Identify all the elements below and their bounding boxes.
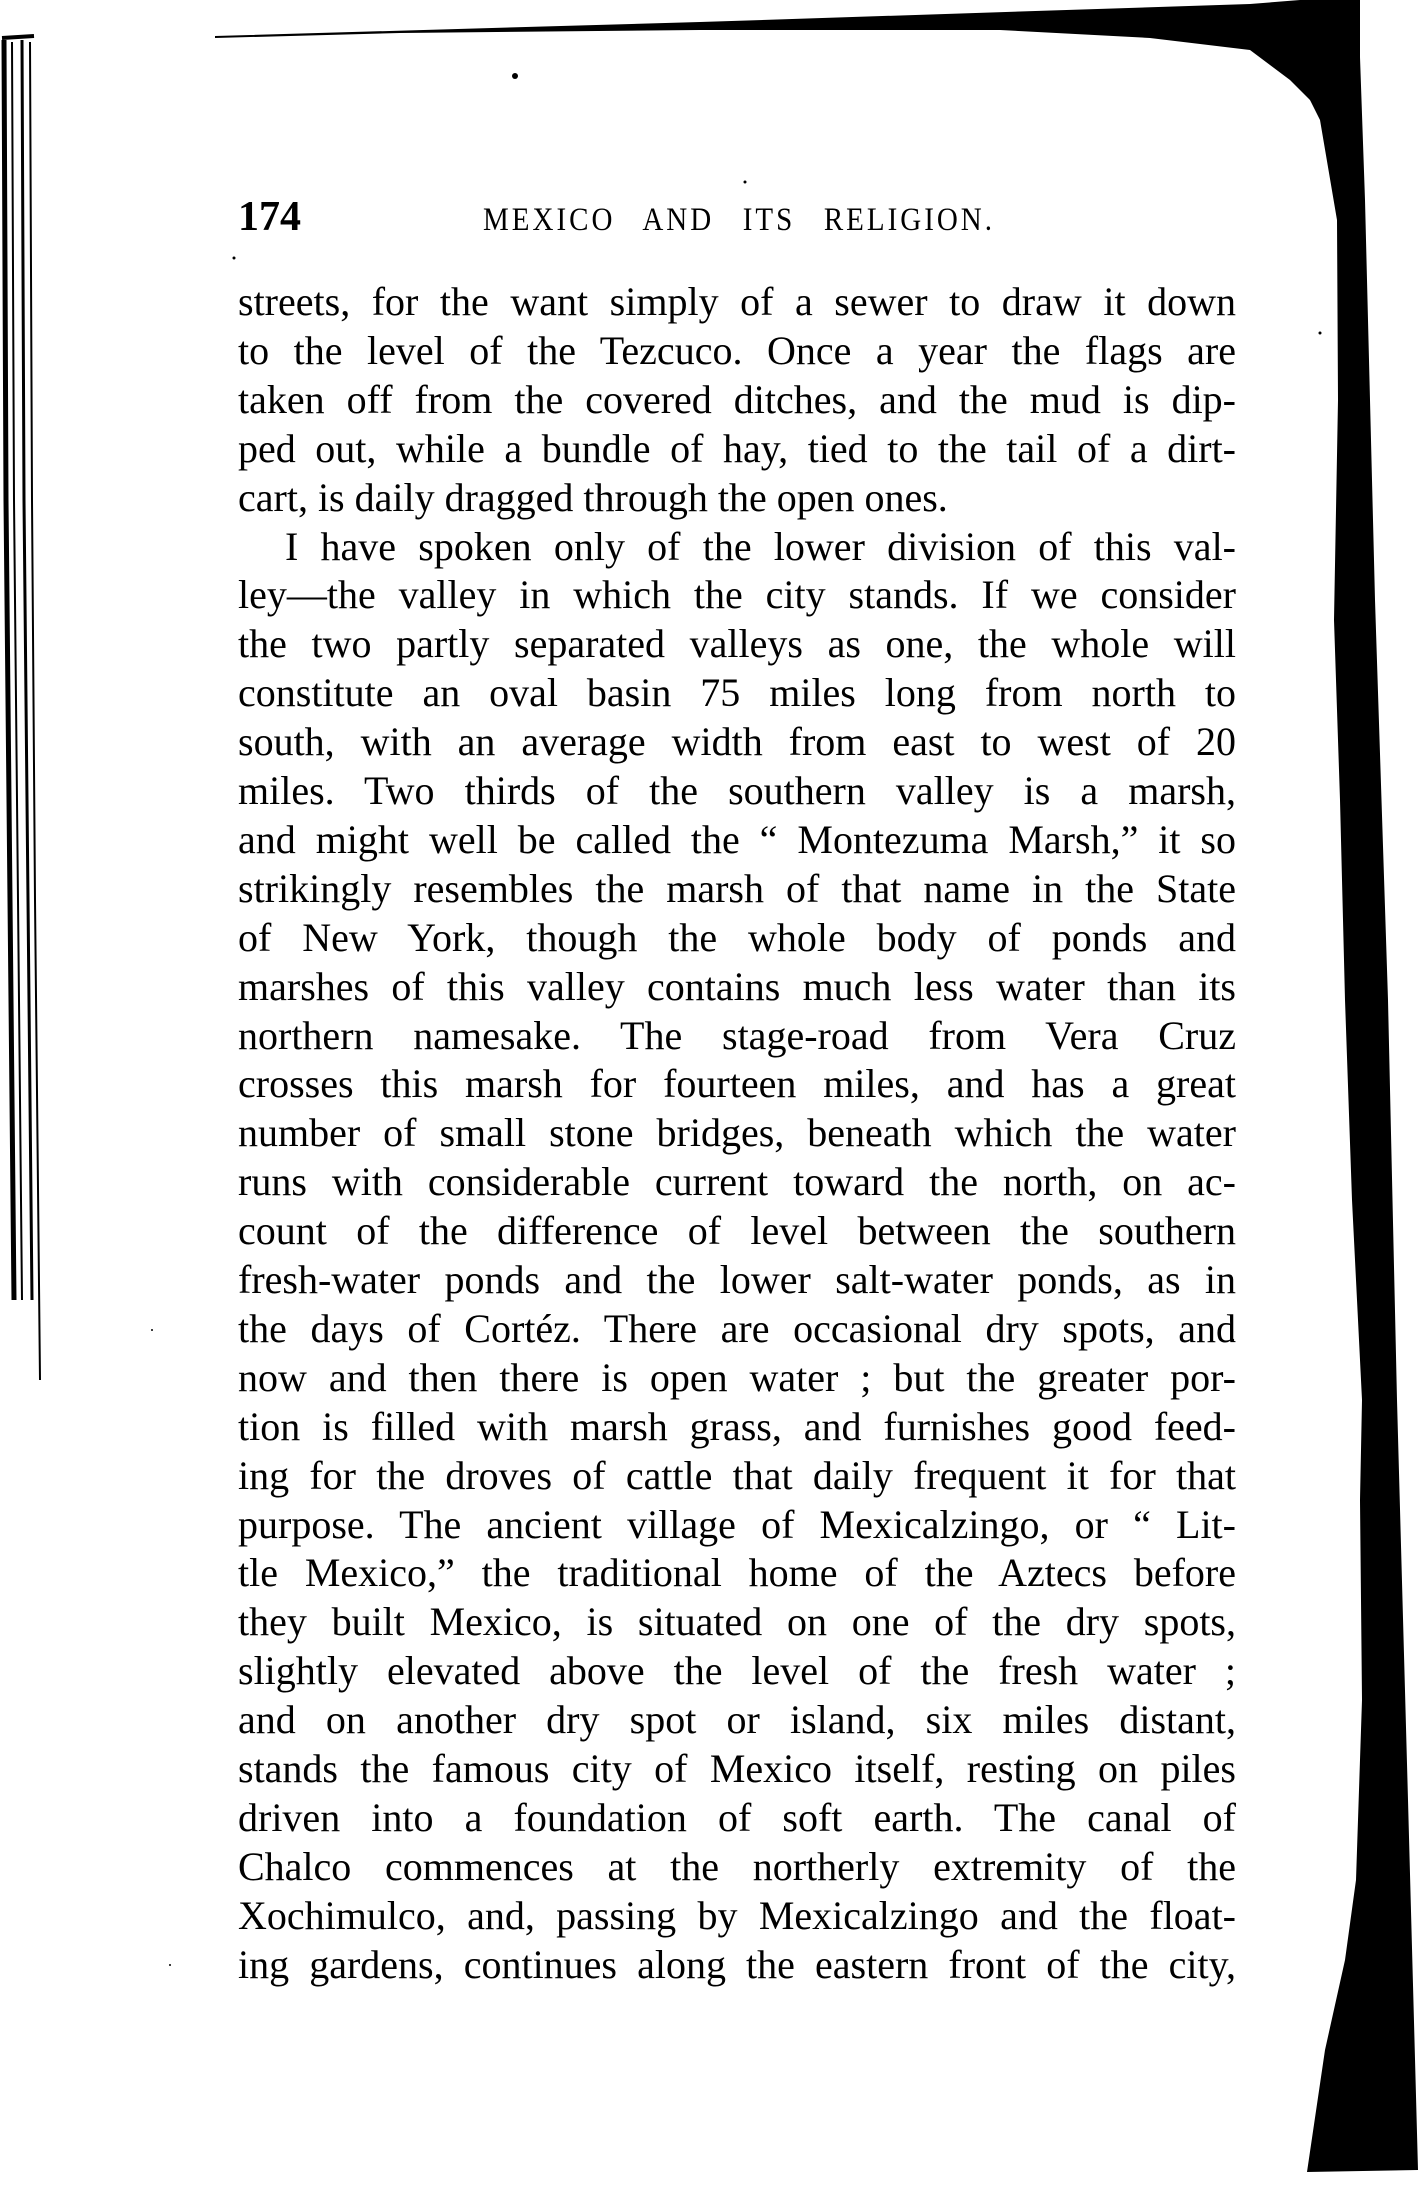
text-line: south, with an average width from east t… — [238, 722, 1236, 766]
text-line: streets, for the want simply of a sewer … — [238, 282, 1236, 326]
text-line: ley—the valley in which the city stands.… — [238, 575, 1236, 619]
text-line: purpose. The ancient village of Mexicalz… — [238, 1505, 1236, 1549]
text-line: driven into a foundation of soft earth. … — [238, 1798, 1236, 1842]
running-head: MEXICO AND ITS RELIGION. — [483, 204, 995, 236]
text-line: and might well be called the “ Montezuma… — [238, 820, 1236, 864]
text-line: and on another dry spot or island, six m… — [238, 1700, 1236, 1744]
top-edge-shadow — [215, 0, 1360, 160]
text-line: miles. Two thirds of the southern valley… — [238, 771, 1236, 815]
text-line: Chalco commences at the northerly extrem… — [238, 1847, 1236, 1891]
text-line: ped out, while a bundle of hay, tied to … — [238, 429, 1236, 473]
text-line: constitute an oval basin 75 miles long f… — [238, 673, 1236, 717]
text-line: count of the difference of level between… — [238, 1211, 1236, 1255]
text-line: taken off from the covered ditches, and … — [238, 380, 1236, 424]
text-line: ing gardens, continues along the eastern… — [238, 1945, 1236, 1989]
text-line: slightly elevated above the level of the… — [238, 1651, 1236, 1695]
text-line: of New York, though the whole body of po… — [238, 918, 1236, 962]
text-line: fresh-water ponds and the lower salt-wat… — [238, 1260, 1236, 1304]
text-line: tion is filled with marsh grass, and fur… — [238, 1407, 1236, 1451]
text-line: tle Mexico,” the traditional home of the… — [238, 1553, 1236, 1597]
text-line: the two partly separated valleys as one,… — [238, 624, 1236, 668]
text-line: stands the famous city of Mexico itself,… — [238, 1749, 1236, 1793]
text-line: now and then there is open water ; but t… — [238, 1358, 1236, 1402]
text-line: they built Mexico, is situated on one of… — [238, 1602, 1236, 1646]
left-binding-lines — [2, 36, 40, 1380]
text-line: I have spoken only of the lower division… — [285, 527, 1236, 571]
text-line: marshes of this valley contains much les… — [238, 967, 1236, 1011]
text-line: crosses this marsh for fourteen miles, a… — [238, 1064, 1236, 1108]
text-line: cart, is daily dragged through the open … — [238, 478, 1236, 522]
text-line: ing for the droves of cattle that daily … — [238, 1456, 1236, 1500]
text-line: strikingly resembles the marsh of that n… — [238, 869, 1236, 913]
text-line: northern namesake. The stage-road from V… — [238, 1016, 1236, 1060]
page-number: 174 — [238, 196, 301, 238]
text-line: Xochimulco, and, passing by Mexicalzingo… — [238, 1896, 1236, 1940]
text-line: number of small stone bridges, beneath w… — [238, 1113, 1236, 1157]
text-line: the days of Cortéz. There are occasional… — [238, 1309, 1236, 1353]
text-line: runs with considerable current toward th… — [238, 1162, 1236, 1206]
text-line: to the level of the Tezcuco. Once a year… — [238, 331, 1236, 375]
right-edge-shadow — [1295, 0, 1418, 2172]
